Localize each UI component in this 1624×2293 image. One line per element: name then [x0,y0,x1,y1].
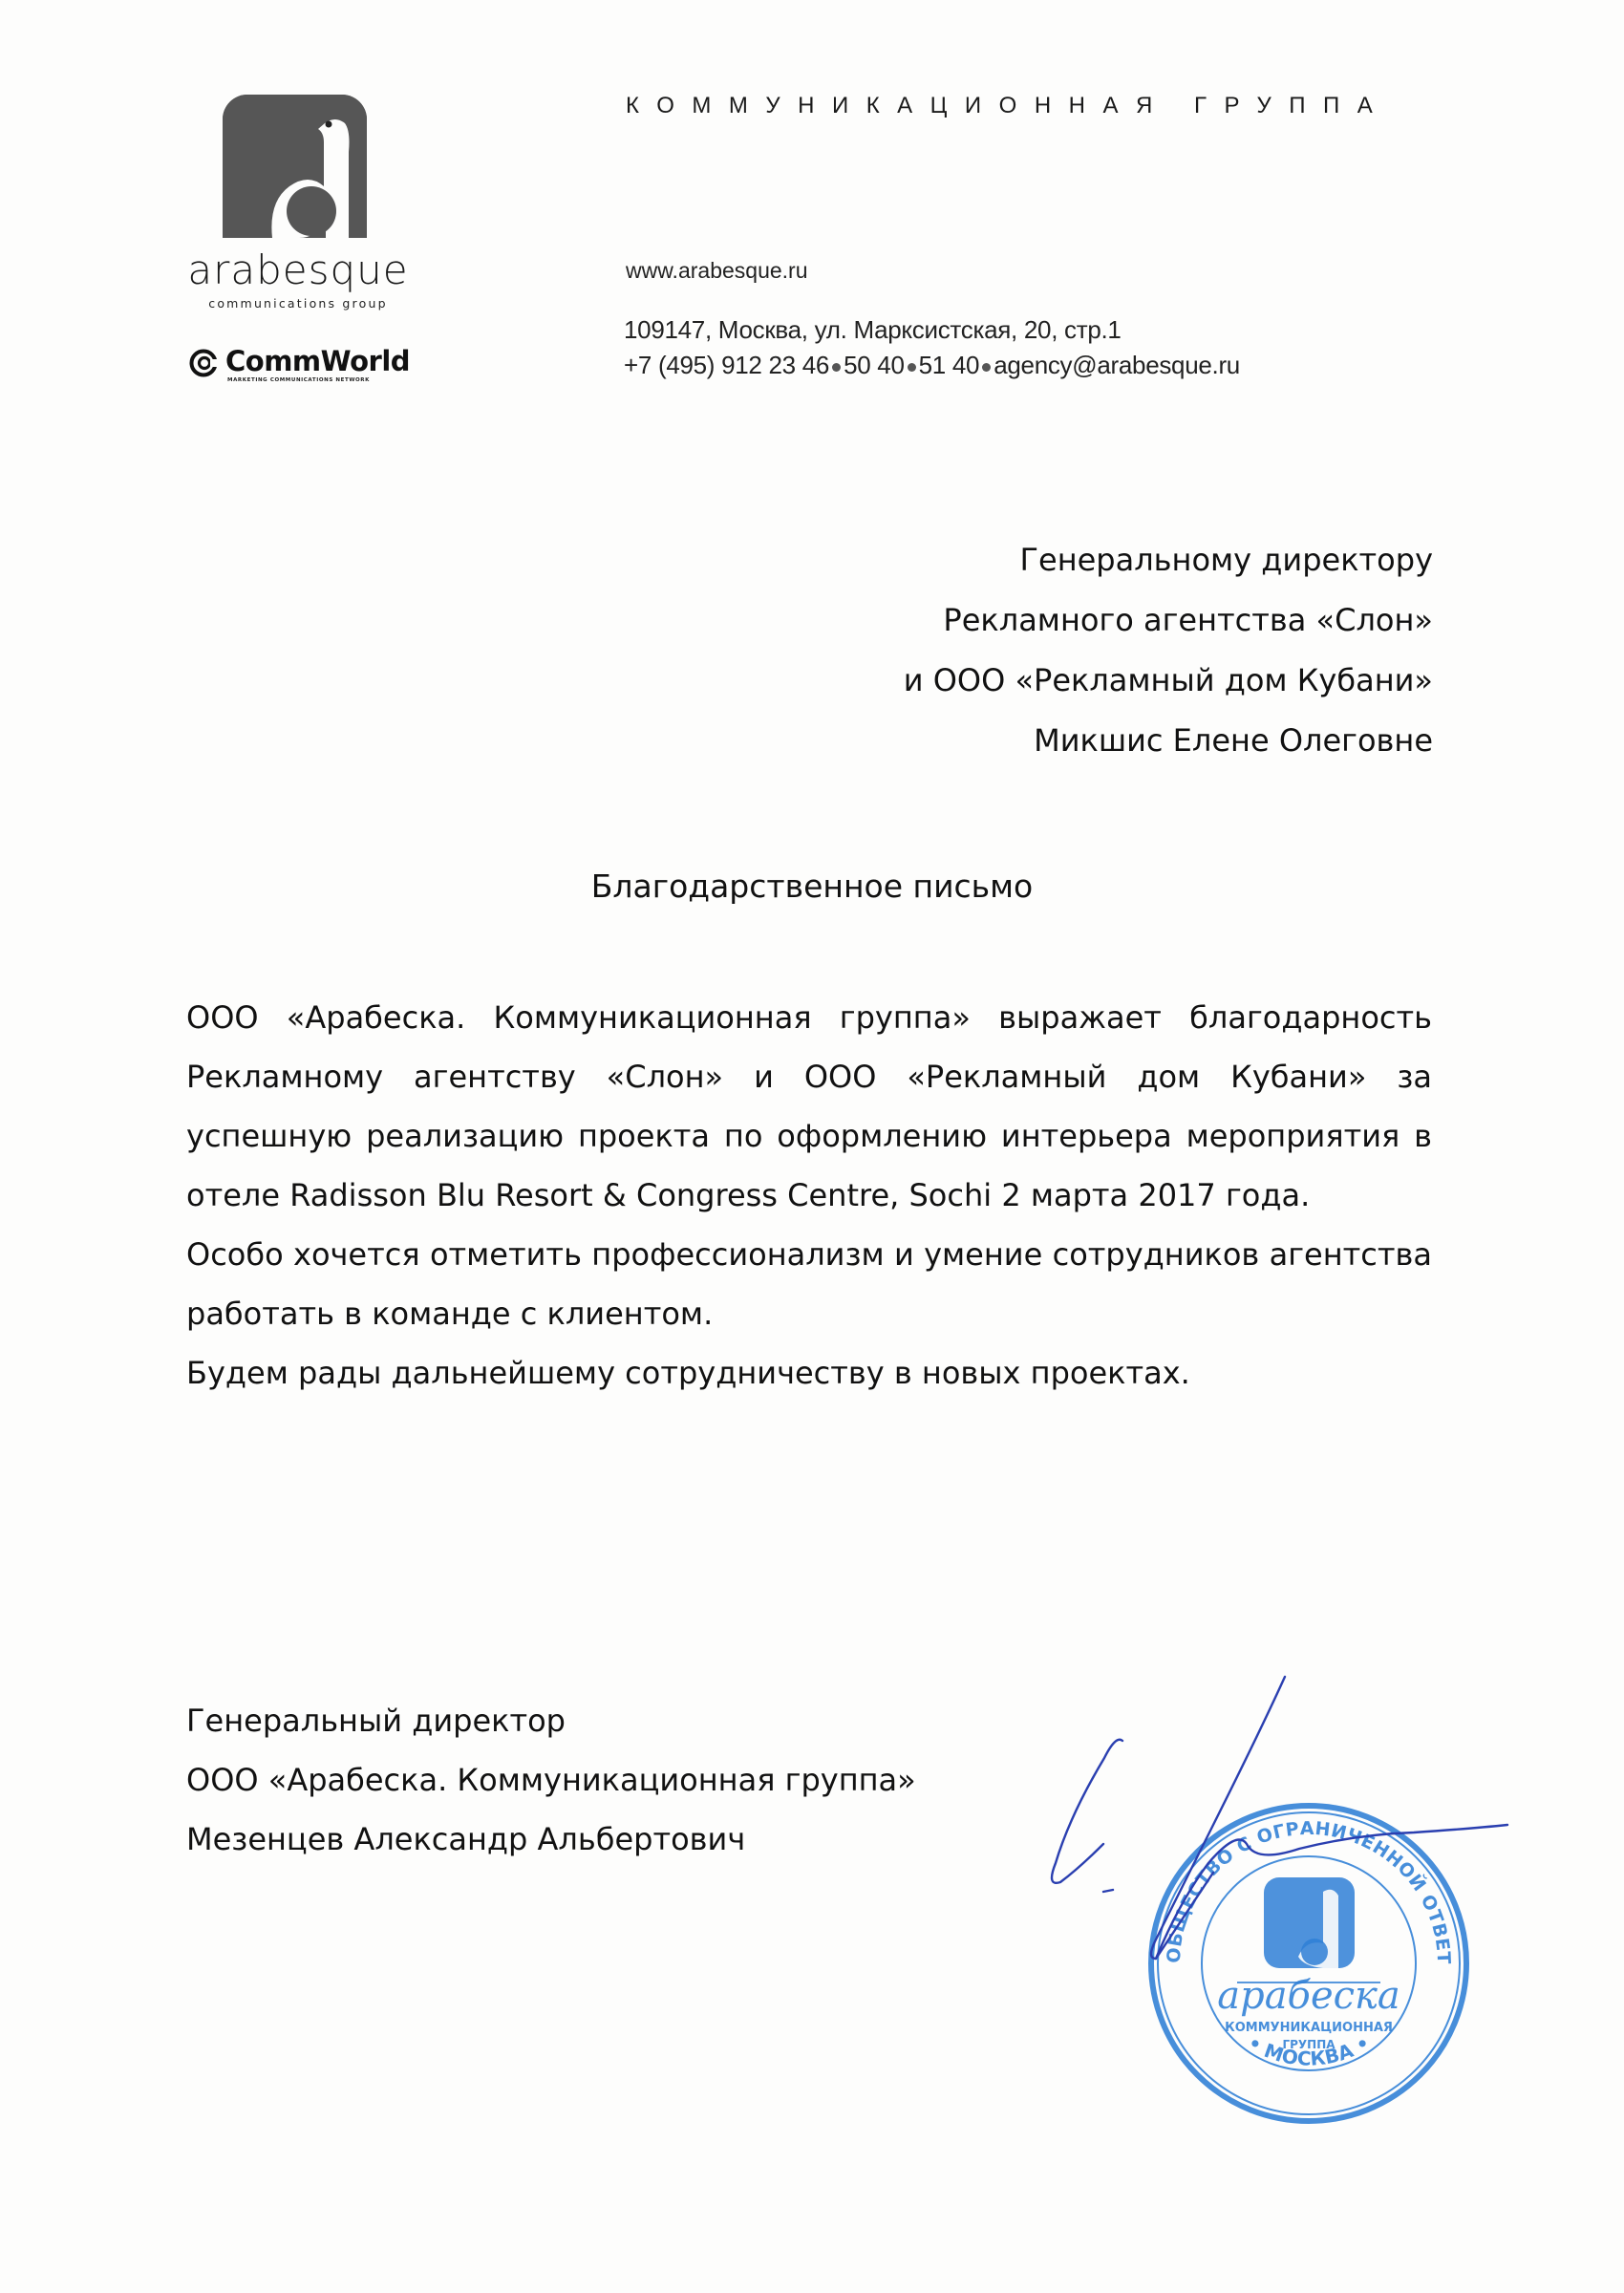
arabesque-a-logo-icon [223,95,367,238]
commworld-name: CommWorld [225,345,410,377]
addressee-line: Микшис Елене Олеговне [904,711,1433,771]
signature-block: Генеральный директор ООО «Арабеска. Комм… [186,1691,916,1869]
bullet-icon [908,363,916,372]
letterhead-title: КОММУНИКАЦИОННАЯ ГРУППА [626,93,1390,119]
handwritten-signature-icon [1013,1672,1509,2121]
signatory-company: ООО «Арабеска. Коммуникационная группа» [186,1750,916,1810]
addressee-line: Генеральному директору [904,530,1433,590]
commworld-tagline: MARKETING COMMUNICATIONS NETWORK [227,377,370,383]
email-link[interactable]: agency@arabesque.ru [994,351,1240,379]
bullet-icon [982,363,991,372]
body-paragraph: Будем рады дальнейшему сотрудничеству в … [186,1343,1432,1403]
arabesque-tagline: communications group [183,296,413,311]
website-link[interactable]: www.arabesque.ru [626,258,808,284]
commworld-c-icon [189,349,218,377]
company-address: 109147, Москва, ул. Марксистская, 20, ст… [624,315,1122,345]
company-contacts: +7 (495) 912 23 4650 4051 40agency@arabe… [624,351,1240,380]
body-paragraph: ООО «Арабеска. Коммуникационная группа» … [186,988,1432,1225]
signatory-name: Мезенцев Александр Альбертович [186,1810,916,1869]
phone-ext-1: 50 40 [844,351,905,379]
document-title: Благодарственное письмо [0,868,1624,905]
addressee-line: Рекламного агентства «Слон» [904,590,1433,651]
body-paragraph: Особо хочется отметить профессионализм и… [186,1225,1432,1343]
addressee-block: Генеральному директору Рекламного агентс… [904,530,1433,771]
arabesque-logo-icon [223,95,367,238]
bullet-icon [832,363,841,372]
addressee-line: и ООО «Рекламный дом Кубани» [904,651,1433,711]
phone-ext-2: 51 40 [919,351,980,379]
phone-number: +7 (495) 912 23 46 [624,351,829,379]
commworld-logo: CommWorld MARKETING COMMUNICATIONS NETWO… [189,349,418,387]
letter-body: ООО «Арабеска. Коммуникационная группа» … [186,988,1432,1403]
arabesque-wordmark: arabesque [183,246,413,293]
signatory-position: Генеральный директор [186,1691,916,1750]
